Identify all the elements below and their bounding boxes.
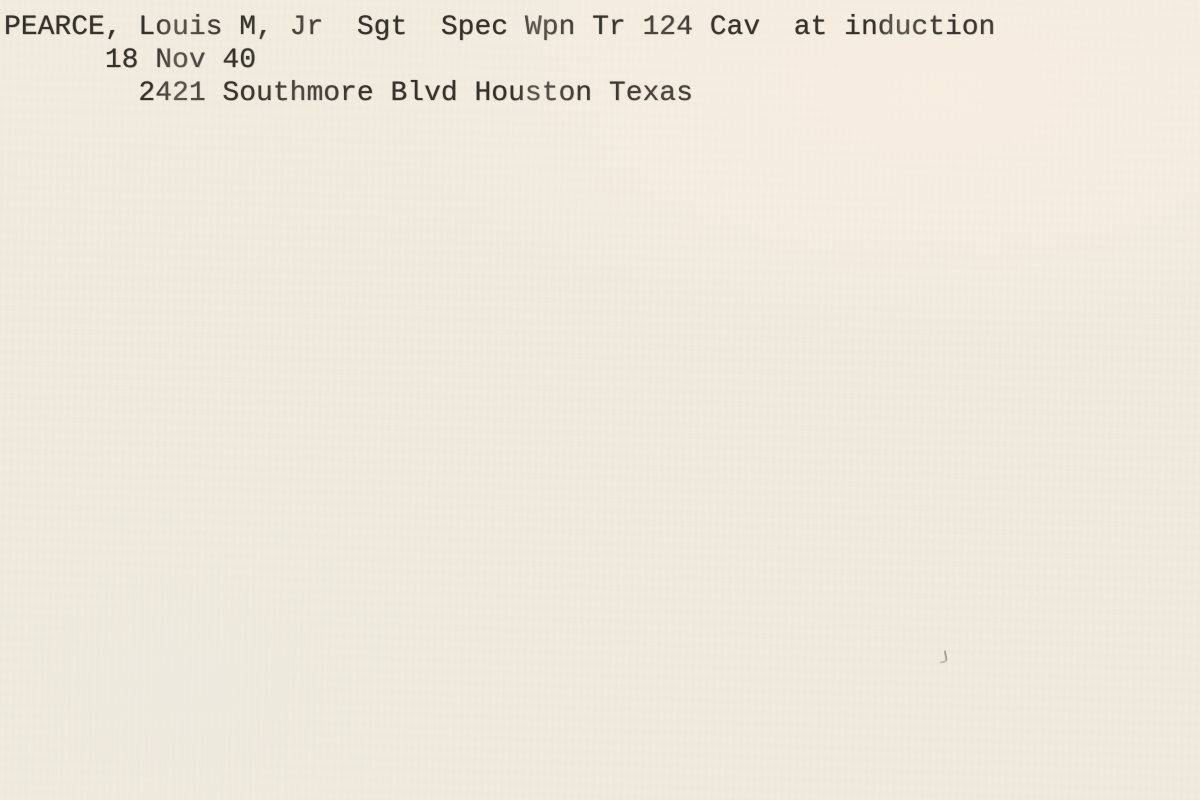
typewritten-text-block: PEARCE, Louis M, Jr Sgt Spec Wpn Tr 124 …: [4, 11, 995, 110]
card-line-address: 2421 Southmore Blvd Houston Texas: [4, 77, 995, 110]
card-line-name-rank-unit: PEARCE, Louis M, Jr Sgt Spec Wpn Tr 124 …: [4, 11, 995, 44]
index-card: PEARCE, Louis M, Jr Sgt Spec Wpn Tr 124 …: [0, 0, 1200, 800]
paper-speck-mark: [938, 650, 948, 663]
card-line-induction-date: 18 Nov 40: [4, 44, 995, 77]
